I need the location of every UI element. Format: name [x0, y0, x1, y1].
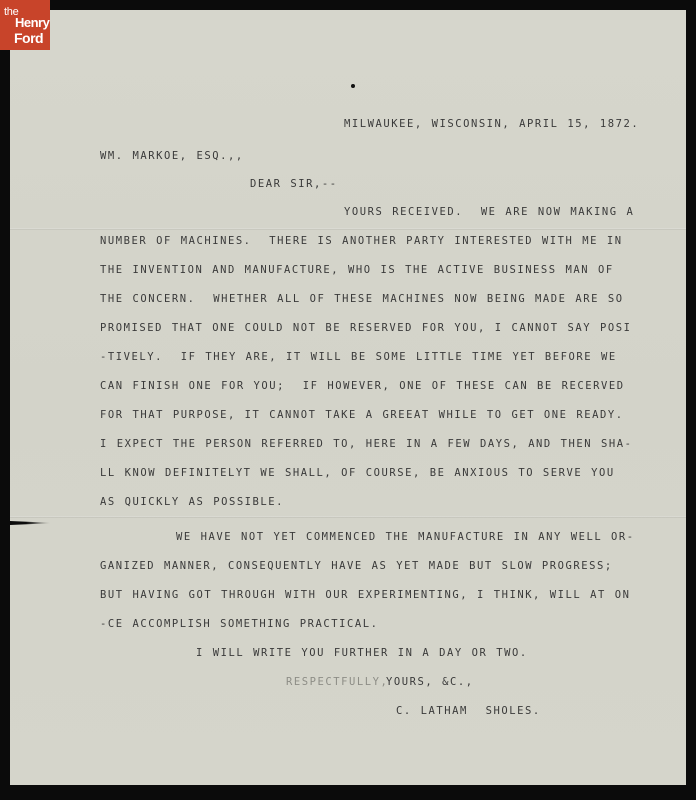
- henry-ford-logo: the Henry Ford: [0, 0, 50, 50]
- salutation: DEAR SIR,--: [250, 178, 338, 190]
- body-line: I EXPECT THE PERSON REFERRED TO, HERE IN…: [100, 438, 633, 450]
- body-line: BUT HAVING GOT THROUGH WITH OUR EXPERIME…: [100, 589, 631, 601]
- punch-hole-mark: [351, 84, 355, 88]
- closing: YOURS, &C.,: [386, 676, 474, 688]
- body-line: GANIZED MANNER, CONSEQUENTLY HAVE AS YET…: [100, 560, 613, 572]
- fold-line: [10, 228, 686, 230]
- signature: C. LATHAM SHOLES.: [396, 705, 541, 717]
- body-line: -CE ACCOMPLISH SOMETHING PRACTICAL.: [100, 618, 379, 630]
- body-line: THE INVENTION AND MANUFACTURE, WHO IS TH…: [100, 264, 614, 276]
- fold-line: [10, 516, 686, 518]
- dateline: MILWAUKEE, WISCONSIN, APRIL 15, 1872.: [344, 118, 639, 130]
- body-line: PROMISED THAT ONE COULD NOT BE RESERVED …: [100, 322, 632, 334]
- recipient: WM. MARKOE, ESQ.,,: [100, 150, 244, 162]
- body-line: I WILL WRITE YOU FURTHER IN A DAY OR TWO…: [196, 647, 528, 659]
- body-line: LL KNOW DEFINITELYT WE SHALL, OF COURSE,…: [100, 467, 615, 479]
- closing-faint: RESPECTFULLY,: [286, 676, 388, 688]
- body-line: -TIVELY. IF THEY ARE, IT WILL BE SOME LI…: [100, 351, 617, 363]
- body-line: WE HAVE NOT YET COMMENCED THE MANUFACTUR…: [176, 531, 635, 543]
- paper-tear: [10, 521, 50, 525]
- body-line: AS QUICKLY AS POSSIBLE.: [100, 496, 284, 508]
- body-line: FOR THAT PURPOSE, IT CANNOT TAKE A GREEA…: [100, 409, 624, 421]
- body-line: NUMBER OF MACHINES. THERE IS ANOTHER PAR…: [100, 235, 623, 247]
- body-line: YOURS RECEIVED. WE ARE NOW MAKING A: [344, 206, 634, 218]
- body-line: THE CONCERN. WHETHER ALL OF THESE MACHIN…: [100, 293, 624, 305]
- logo-text-henry: Henry: [15, 16, 49, 29]
- body-line: CAN FINISH ONE FOR YOU; IF HOWEVER, ONE …: [100, 380, 625, 392]
- logo-text-ford: Ford: [14, 31, 43, 45]
